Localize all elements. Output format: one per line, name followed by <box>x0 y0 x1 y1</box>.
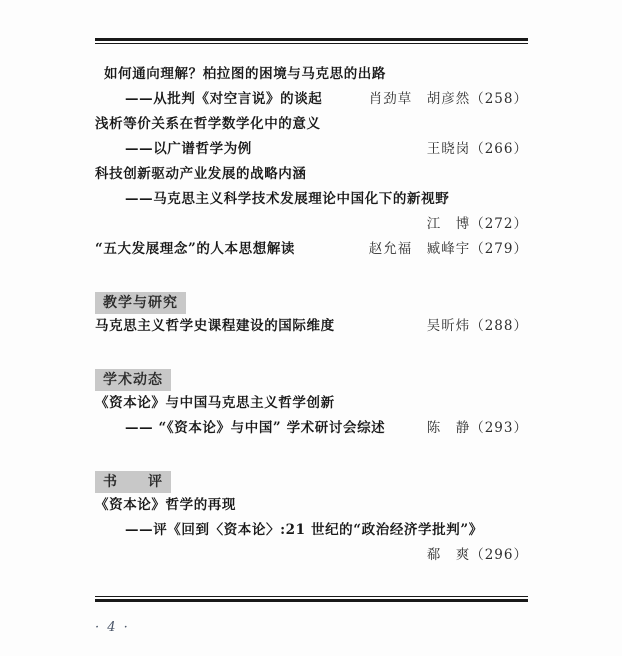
toc-entry-authors-line: 江 博（272） <box>95 212 528 237</box>
toc-entry-title: 《资本论》与中国马克思主义哲学创新 <box>95 391 528 416</box>
toc-entry-subtitle: ——从批判《对空言说》的谈起 肖劲草 胡彦然（258） <box>95 87 528 112</box>
toc-entry-title: 《资本论》哲学的再现 <box>95 493 528 518</box>
entry-title-text: 科技创新驱动产业发展的战略内涵 <box>95 162 307 187</box>
table-of-contents: 如何通向理解？柏拉图的困境与马克思的出路 ——从批判《对空言说》的谈起 肖劲草 … <box>95 62 528 568</box>
toc-entry-subtitle: ——马克思主义科学技术发展理论中国化下的新视野 <box>95 187 528 212</box>
entry-authors-page: 郗 爽（296） <box>427 543 528 568</box>
entry-subtitle-text: ——以广谱哲学为例 <box>95 137 252 162</box>
entry-title-text: 《资本论》与中国马克思主义哲学创新 <box>95 391 335 416</box>
entry-subtitle-text: —— “《资本论》与中国” 学术研讨会综述 <box>95 416 385 441</box>
toc-entry-subtitle: ——评《回到〈资本论〉:21 世纪的“政治经济学批判”》 <box>95 518 528 543</box>
toc-entry-subtitle: —— “《资本论》与中国” 学术研讨会综述 陈 静（293） <box>95 416 528 441</box>
top-double-rule <box>95 38 528 44</box>
entry-authors-page: 赵允福 臧峰宇（279） <box>369 237 528 262</box>
toc-entry-title: 如何通向理解？柏拉图的困境与马克思的出路 <box>95 62 528 87</box>
entry-subtitle-text: ——评《回到〈资本论〉:21 世纪的“政治经济学批判”》 <box>95 518 483 543</box>
section-header-label: 书 评 <box>95 471 171 493</box>
entry-authors-page: 吴昕炜（288） <box>427 314 528 339</box>
entry-title-text: 浅析等价关系在哲学数学化中的意义 <box>95 112 321 137</box>
toc-entry-title: 科技创新驱动产业发展的战略内涵 <box>95 162 528 187</box>
entry-authors-page: 陈 静（293） <box>427 416 528 441</box>
toc-entry-title: 马克思主义哲学史课程建设的国际维度 吴昕炜（288） <box>95 314 528 339</box>
section-header-label: 学术动态 <box>95 369 171 391</box>
entry-subtitle-text: ——马克思主义科学技术发展理论中国化下的新视野 <box>95 187 449 212</box>
entry-title-text: 马克思主义哲学史课程建设的国际维度 <box>95 314 335 339</box>
page-number: · 4 · <box>95 620 130 635</box>
bottom-double-rule <box>95 596 528 602</box>
section-header-academic-trends: 学术动态 <box>95 369 528 391</box>
toc-entry-title: 浅析等价关系在哲学数学化中的意义 <box>95 112 528 137</box>
toc-entry-subtitle: ——以广谱哲学为例 王晓岗（266） <box>95 137 528 162</box>
section-header-label: 教学与研究 <box>95 292 186 314</box>
entry-authors-page: 江 博（272） <box>427 212 528 237</box>
section-header-teaching-research: 教学与研究 <box>95 292 528 314</box>
entry-authors-page: 王晓岗（266） <box>427 137 528 162</box>
entry-title-text: “五大发展理念”的人本思想解读 <box>95 237 295 262</box>
toc-entry-title: “五大发展理念”的人本思想解读 赵允福 臧峰宇（279） <box>95 237 528 262</box>
entry-subtitle-text: ——从批判《对空言说》的谈起 <box>95 87 322 112</box>
entry-authors-page: 肖劲草 胡彦然（258） <box>369 87 528 112</box>
entry-title-text: 《资本论》哲学的再现 <box>95 493 236 518</box>
entry-title-text: 如何通向理解？柏拉图的困境与马克思的出路 <box>95 62 386 87</box>
journal-contents-page: 如何通向理解？柏拉图的困境与马克思的出路 ——从批判《对空言说》的谈起 肖劲草 … <box>0 0 622 656</box>
section-header-book-review: 书 评 <box>95 471 528 493</box>
toc-entry-authors-line: 郗 爽（296） <box>95 543 528 568</box>
